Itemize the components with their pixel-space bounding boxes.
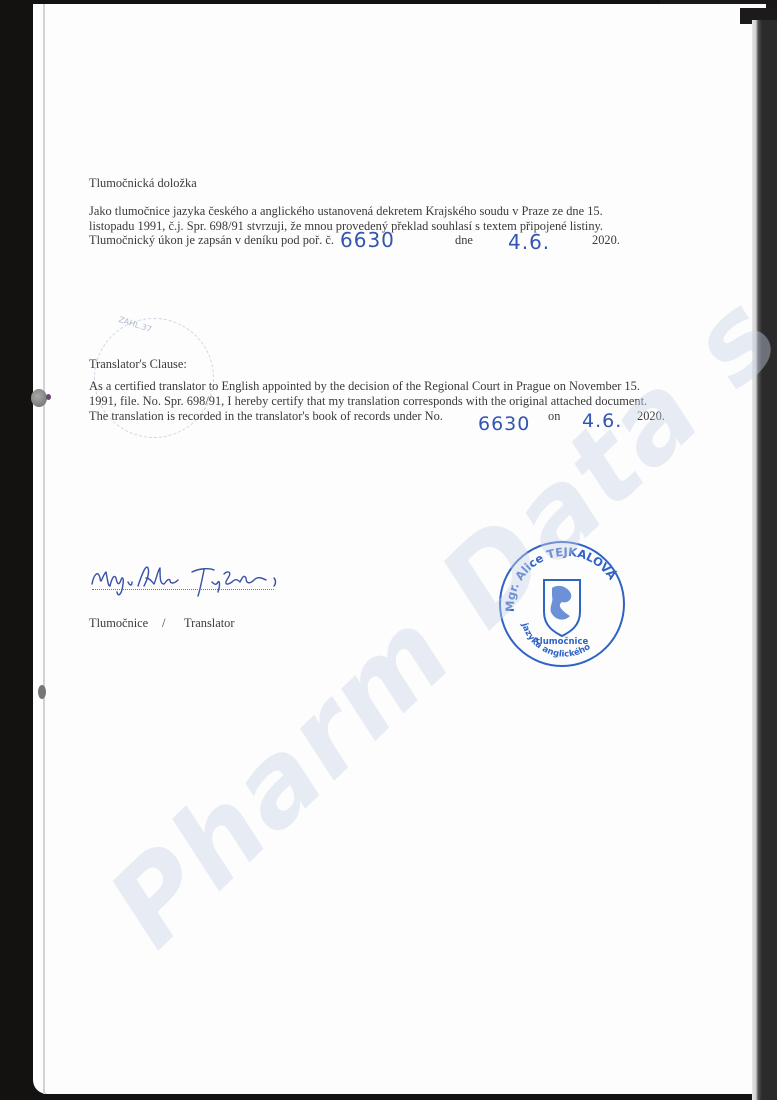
handwritten-date: 4.6.: [582, 410, 622, 432]
czech-clause-line-3: Tlumočnický úkon je zapsán v deníku pod …: [89, 232, 334, 248]
scan-right-edge: [752, 20, 777, 1100]
czech-year: 2020.: [592, 232, 620, 248]
handwritten-date: 4.6.: [508, 230, 550, 254]
hole-punch-icon: [38, 685, 46, 699]
page-fold-line: [43, 4, 45, 1094]
english-clause-line-2: 1991, file. No. Spr. 698/91, I hereby ce…: [89, 393, 647, 409]
handwritten-signature: [88, 556, 288, 602]
signature-label-english: Translator: [184, 615, 234, 631]
handwritten-record-number: 6630: [340, 228, 395, 252]
signature-line: [92, 589, 274, 590]
handwritten-record-number: 6630: [478, 413, 530, 435]
czech-clause-line-1: Jako tlumočnice jazyka českého a anglick…: [89, 203, 603, 219]
czech-clause-heading: Tlumočnická doložka: [89, 175, 197, 191]
english-on-label: on: [548, 408, 560, 424]
english-year: 2020.: [637, 408, 665, 424]
english-clause-line-1: As a certified translator to English app…: [89, 378, 640, 394]
english-clause-line-3: The translation is recorded in the trans…: [89, 408, 443, 424]
translator-stamp: Mgr. Alice TEJKALOVÁ tlumočnice jazyka a…: [492, 532, 632, 672]
signature-label-czech: Tlumočnice: [89, 615, 148, 631]
english-clause-heading: Translator's Clause:: [89, 356, 187, 372]
document-page: [33, 4, 766, 1094]
hole-punch-icon: [31, 389, 47, 407]
coat-of-arms-icon: [544, 580, 580, 636]
signature-label-separator: /: [162, 615, 165, 631]
czech-dne-label: dne: [455, 232, 473, 248]
